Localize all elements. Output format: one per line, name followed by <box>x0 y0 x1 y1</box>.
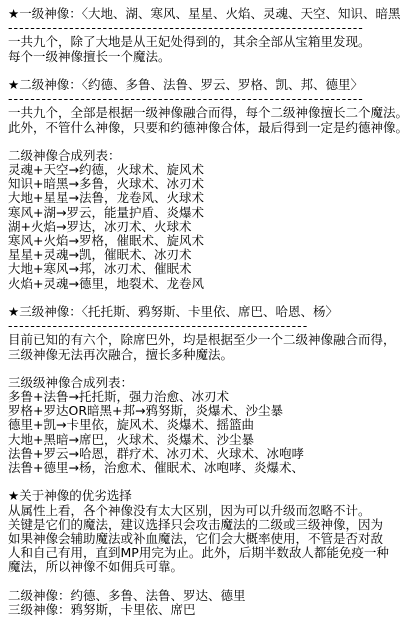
section-heading-level2: ★二级神像：〈约德、多鲁、法鲁、罗云、罗格、凯、邦、德里〉 <box>8 78 400 92</box>
divider-level1: ----------------------------------------… <box>8 21 400 35</box>
paragraph-line: 魔法，所以神像不如佣兵可靠。 <box>8 560 400 574</box>
blank-line <box>8 362 400 376</box>
recipe-line: 罗格+罗达OR暗黑+邦→鸦努斯，炎爆术、沙尘暴 <box>8 404 400 418</box>
paragraph-line: 人和自己有用，直到MP用完为止。此外，后期半数敌人都能免疫一种 <box>8 546 400 560</box>
recipe-line: 大地+星星→法鲁，龙卷风、火球术 <box>8 191 400 205</box>
recipe-line: 寒风+湖→罗云，能量护盾、炎爆术 <box>8 206 400 220</box>
recipe-line: 大地+寒风→邦，冰刃术、催眠术 <box>8 262 400 276</box>
paragraph-line: 关键是它们的魔法，建议选择只会攻击魔法的二级或三级神像，因为 <box>8 518 400 532</box>
recipe-line: 德里+凯→卡里依，旋风术、炎爆术、摇篮曲 <box>8 418 400 432</box>
paragraph-line: 一共九个，全部是根据一级神像融合而得，每个二级神像擅长二个魔法。 <box>8 106 400 120</box>
blank-line <box>8 135 400 149</box>
recipe-line: 火焰+灵魂→德里，地裂术、龙卷风 <box>8 277 400 291</box>
recipe-line: 湖+火焰→罗达，冰刃术、火球术 <box>8 220 400 234</box>
section-heading-level3: ★三级神像：〈托托斯、鸦努斯、卡里依、席巴、哈恩、杨〉 <box>8 305 400 319</box>
recipe-line: 灵魂+天空→约德，火球术、旋风术 <box>8 163 400 177</box>
recipe-line: 法鲁+德里→杨，治愈术、催眠术、冰咆哮、炎爆术、 <box>8 461 400 475</box>
recipe-line: 知识+暗黑→多鲁，火球术、冰刃术 <box>8 177 400 191</box>
recipe-line: 法鲁+罗云→哈恩，群疗术、冰刃术、火球术、冰咆哮 <box>8 447 400 461</box>
guide-document: ★一级神像：〈大地、湖、寒风、星星、火焰、灵魂、天空、知识、暗黑〉 ------… <box>0 0 400 620</box>
paragraph-line: 从属性上看，各个神像没有太大区别，因为可以升级而忽略不计。 <box>8 504 400 518</box>
recipe-line: 大地+黑暗→席巴，火球术、炎爆术、沙尘暴 <box>8 433 400 447</box>
summary-line-level3: 三级神像：鸦努斯，卡里依、席巴 <box>8 603 400 617</box>
blank-line <box>8 64 400 78</box>
paragraph-line: 一共九个，除了大地是从王妃处得到的，其余全部从宝箱里发现。 <box>8 35 400 49</box>
paragraph-line: 每个一级神像擅长一个魔法。 <box>8 50 400 64</box>
divider-level3: ----------------------------------------… <box>8 319 400 333</box>
paragraph-line: 目前已知的有六个，除席巴外，均是根据至少一个二级神像融合而得， <box>8 333 400 347</box>
blank-line <box>8 575 400 589</box>
recipe-line: 多鲁+法鲁→托托斯，强力治愈、冰刃术 <box>8 390 400 404</box>
section-heading-advice: ★关于神像的优劣选择 <box>8 489 400 503</box>
paragraph-line: 此外，不管什么神像，只要和约德神像合体，最后得到一定是约德神像。 <box>8 121 400 135</box>
paragraph-line: 如果神像会辅助魔法或补血魔法，它们会大概率使用，不管是否对敌 <box>8 532 400 546</box>
paragraph-line: 三级神像无法再次融合，擅长多种魔法。 <box>8 348 400 362</box>
summary-line-level2: 二级神像：约德、多鲁、法鲁、罗达、德里 <box>8 589 400 603</box>
blank-line <box>8 291 400 305</box>
divider-level2: ----------------------------------------… <box>8 92 400 106</box>
list-title-level2: 二级神像合成列表： <box>8 149 400 163</box>
recipe-line: 星星+灵魂→凯，催眠术、冰刃术 <box>8 248 400 262</box>
section-heading-level1: ★一级神像：〈大地、湖、寒风、星星、火焰、灵魂、天空、知识、暗黑〉 <box>8 7 400 21</box>
blank-line <box>8 475 400 489</box>
list-title-level3: 三级级神像合成列表： <box>8 376 400 390</box>
recipe-line: 寒风+火焰→罗格，催眠术、旋风术 <box>8 234 400 248</box>
